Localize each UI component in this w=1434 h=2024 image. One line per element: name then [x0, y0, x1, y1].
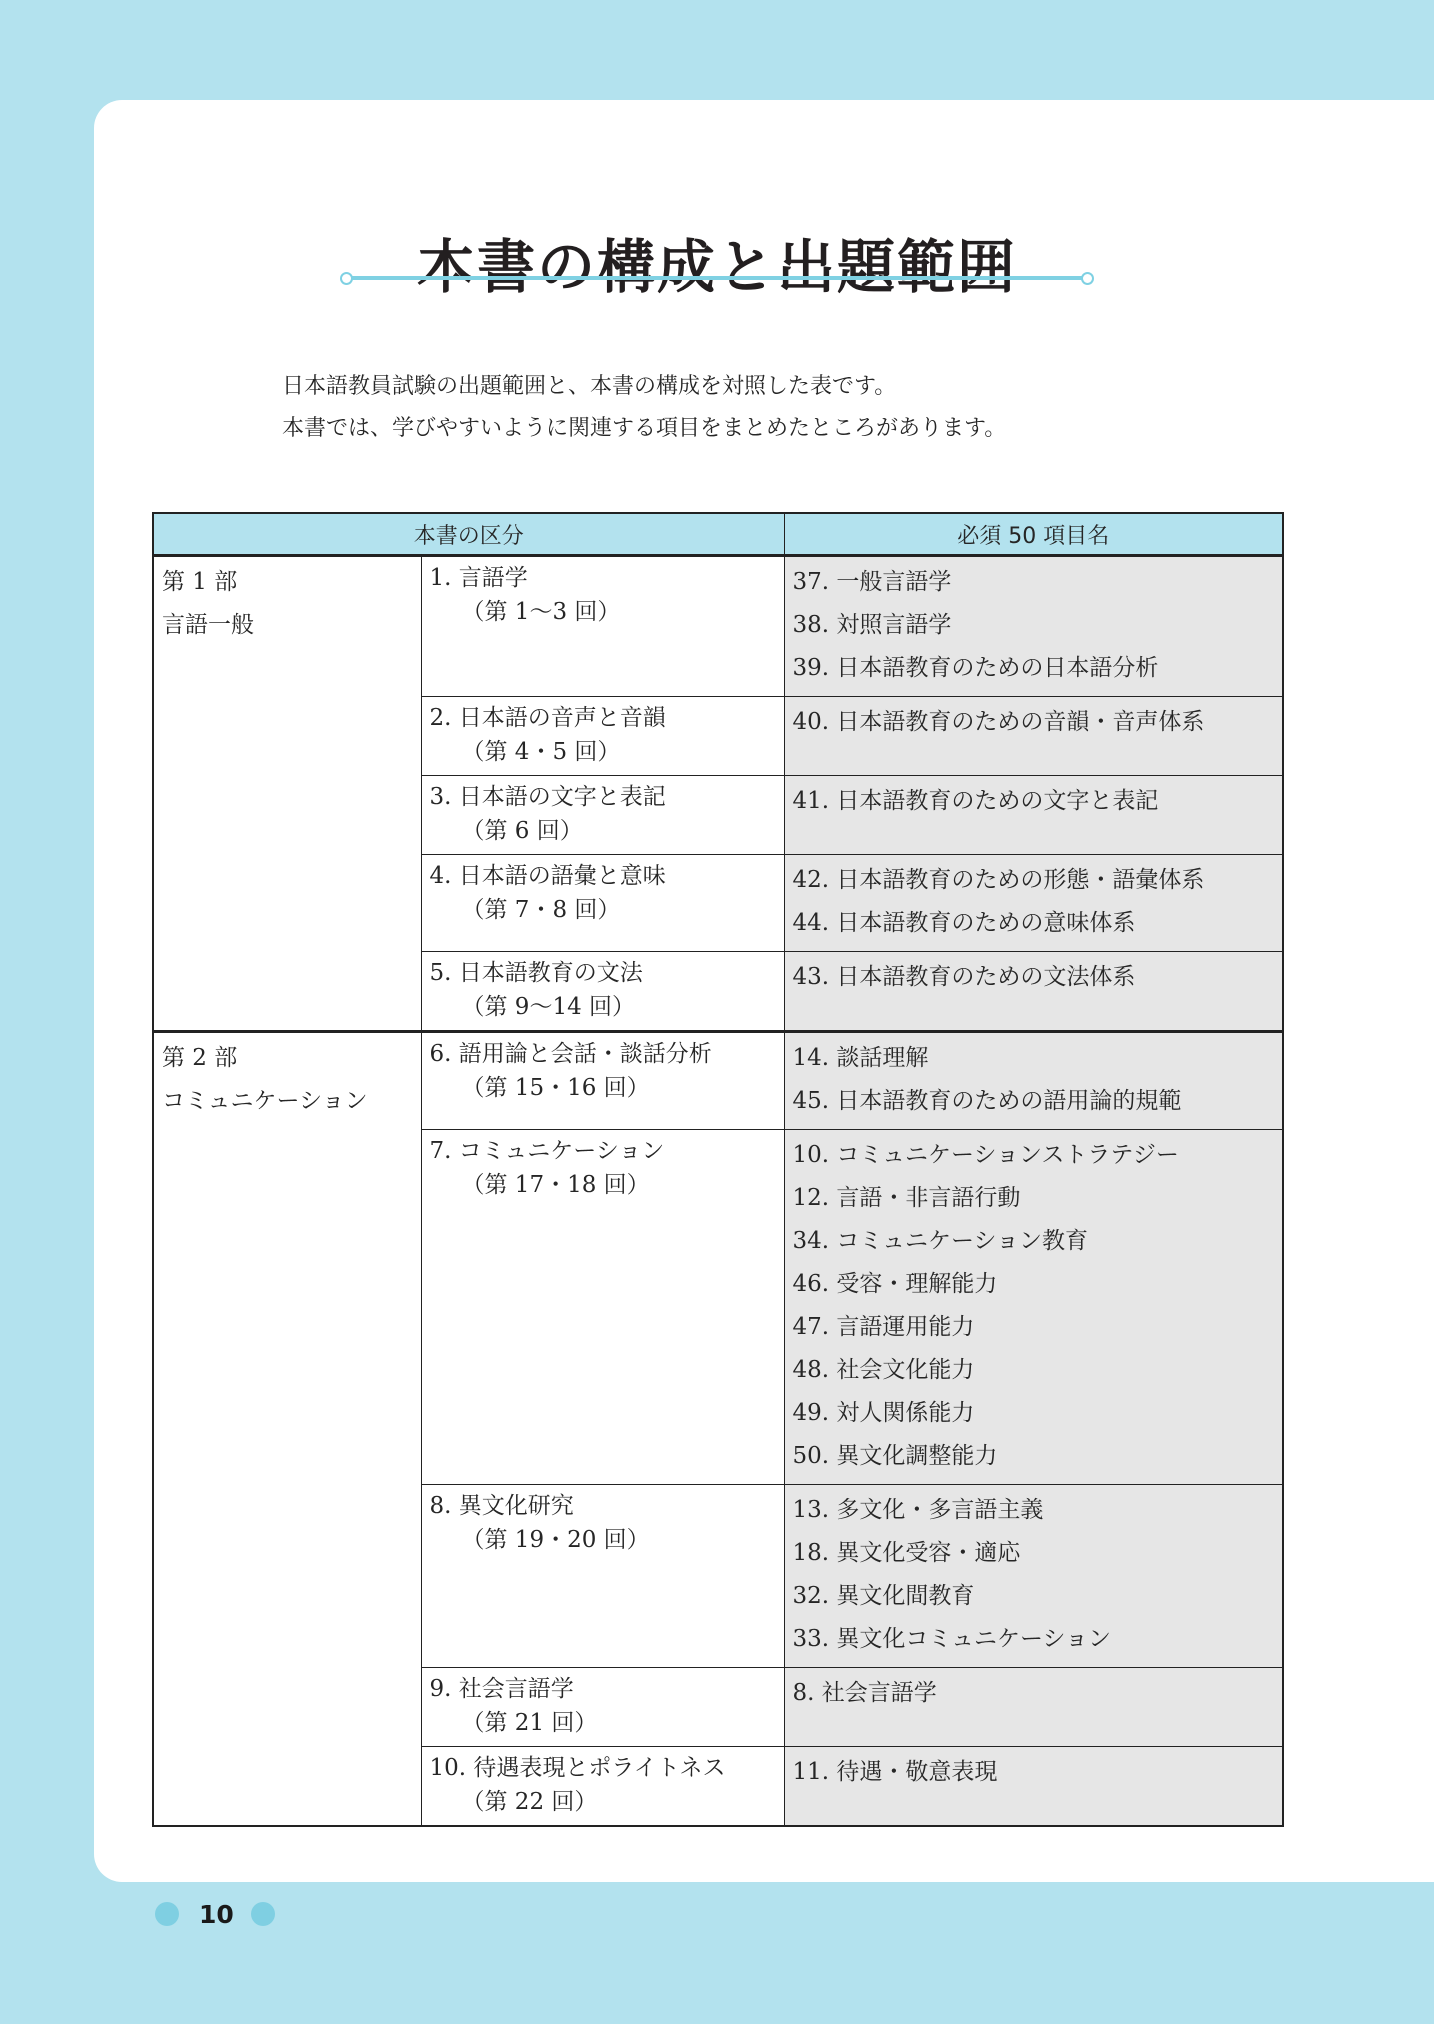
page-dot-right-icon — [251, 1902, 275, 1926]
section-title: 3. 日本語の文字と表記 — [430, 780, 776, 814]
section-sessions: （第 1〜3 回） — [430, 595, 776, 629]
section-sessions: （第 9〜14 回） — [430, 990, 776, 1024]
list-item: 18. 異文化受容・適応 — [793, 1532, 1275, 1575]
table-header-row: 本書の区分 必須 50 項目名 — [153, 513, 1283, 556]
scope-table: 本書の区分 必須 50 項目名 第 1 部 言語一般 1. 言語学 （第 1〜3… — [152, 512, 1284, 1827]
list-item: 41. 日本語教育のための文字と表記 — [793, 780, 1275, 823]
section-cell: 2. 日本語の音声と音韻 （第 4・5 回） — [421, 697, 784, 776]
items-cell: 43. 日本語教育のための文法体系 — [784, 952, 1283, 1032]
section-title: 4. 日本語の語彙と意味 — [430, 859, 776, 893]
list-item: 13. 多文化・多言語主義 — [793, 1489, 1275, 1532]
items-cell: 42. 日本語教育のための形態・語彙体系 44. 日本語教育のための意味体系 — [784, 855, 1283, 952]
section-title: 2. 日本語の音声と音韻 — [430, 701, 776, 735]
list-item: 40. 日本語教育のための音韻・音声体系 — [793, 701, 1275, 744]
section-sessions: （第 4・5 回） — [430, 735, 776, 769]
section-title: 1. 言語学 — [430, 561, 776, 595]
page-number: 10 — [155, 1900, 275, 1928]
items-cell: 10. コミュニケーションストラテジー 12. 言語・非言語行動 34. コミュ… — [784, 1130, 1283, 1485]
list-item: 44. 日本語教育のための意味体系 — [793, 902, 1275, 945]
section-title: 6. 語用論と会話・談話分析 — [430, 1037, 776, 1071]
items-cell: 41. 日本語教育のための文字と表記 — [784, 776, 1283, 855]
list-item: 8. 社会言語学 — [793, 1672, 1275, 1715]
intro-line: 本書では、学びやすいように関連する項目をまとめたところがあります。 — [282, 408, 1006, 450]
section-sessions: （第 22 回） — [430, 1785, 776, 1819]
section-title: 9. 社会言語学 — [430, 1672, 776, 1706]
part-name: 言語一般 — [162, 604, 413, 647]
part-number: 第 2 部 — [162, 1037, 413, 1080]
underline-end-left-icon — [340, 272, 353, 285]
section-title: 8. 異文化研究 — [430, 1489, 776, 1523]
section-cell: 1. 言語学 （第 1〜3 回） — [421, 556, 784, 697]
list-item: 46. 受容・理解能力 — [793, 1263, 1275, 1306]
section-cell: 10. 待遇表現とポライトネス （第 22 回） — [421, 1747, 784, 1827]
part-name: コミュニケーション — [162, 1080, 413, 1123]
list-item: 12. 言語・非言語行動 — [793, 1177, 1275, 1220]
section-cell: 4. 日本語の語彙と意味 （第 7・8 回） — [421, 855, 784, 952]
page-dot-left-icon — [155, 1902, 179, 1926]
section-title: 5. 日本語教育の文法 — [430, 956, 776, 990]
page-number-text: 10 — [199, 1900, 234, 1929]
section-title: 7. コミュニケーション — [430, 1134, 776, 1168]
section-cell: 8. 異文化研究 （第 19・20 回） — [421, 1485, 784, 1668]
list-item: 39. 日本語教育のための日本語分析 — [793, 647, 1275, 690]
list-item: 33. 異文化コミュニケーション — [793, 1618, 1275, 1661]
items-cell: 13. 多文化・多言語主義 18. 異文化受容・適応 32. 異文化間教育 33… — [784, 1485, 1283, 1668]
section-sessions: （第 17・18 回） — [430, 1168, 776, 1202]
intro-text: 日本語教員試験の出題範囲と、本書の構成を対照した表です。 本書では、学びやすいよ… — [282, 366, 1006, 450]
section-cell: 6. 語用論と会話・談話分析 （第 15・16 回） — [421, 1032, 784, 1130]
list-item: 11. 待遇・敬意表現 — [793, 1751, 1275, 1794]
section-sessions: （第 6 回） — [430, 814, 776, 848]
page-title: 本書の構成と出題範囲 — [0, 227, 1434, 307]
section-sessions: （第 7・8 回） — [430, 893, 776, 927]
part-cell: 第 2 部 コミュニケーション — [153, 1032, 421, 1827]
section-sessions: （第 15・16 回） — [430, 1071, 776, 1105]
section-cell: 7. コミュニケーション （第 17・18 回） — [421, 1130, 784, 1485]
items-cell: 37. 一般言語学 38. 対照言語学 39. 日本語教育のための日本語分析 — [784, 556, 1283, 697]
table-row: 第 2 部 コミュニケーション 6. 語用論と会話・談話分析 （第 15・16 … — [153, 1032, 1283, 1130]
list-item: 49. 対人関係能力 — [793, 1392, 1275, 1435]
list-item: 38. 対照言語学 — [793, 604, 1275, 647]
table-row: 第 1 部 言語一般 1. 言語学 （第 1〜3 回） 37. 一般言語学 38… — [153, 556, 1283, 697]
section-cell: 5. 日本語教育の文法 （第 9〜14 回） — [421, 952, 784, 1032]
items-cell: 14. 談話理解 45. 日本語教育のための語用論的規範 — [784, 1032, 1283, 1130]
list-item: 42. 日本語教育のための形態・語彙体系 — [793, 859, 1275, 902]
section-title: 10. 待遇表現とポライトネス — [430, 1751, 776, 1785]
items-cell: 11. 待遇・敬意表現 — [784, 1747, 1283, 1827]
part-number: 第 1 部 — [162, 561, 413, 604]
list-item: 37. 一般言語学 — [793, 561, 1275, 604]
title-underline — [342, 274, 1092, 282]
section-sessions: （第 19・20 回） — [430, 1523, 776, 1557]
items-cell: 40. 日本語教育のための音韻・音声体系 — [784, 697, 1283, 776]
list-item: 45. 日本語教育のための語用論的規範 — [793, 1080, 1275, 1123]
underline-bar — [350, 276, 1084, 280]
list-item: 14. 談話理解 — [793, 1037, 1275, 1080]
section-cell: 3. 日本語の文字と表記 （第 6 回） — [421, 776, 784, 855]
items-cell: 8. 社会言語学 — [784, 1668, 1283, 1747]
header-required-items: 必須 50 項目名 — [784, 513, 1283, 556]
list-item: 50. 異文化調整能力 — [793, 1435, 1275, 1478]
list-item: 34. コミュニケーション教育 — [793, 1220, 1275, 1263]
part-cell: 第 1 部 言語一般 — [153, 556, 421, 1032]
list-item: 10. コミュニケーションストラテジー — [793, 1134, 1275, 1177]
list-item: 32. 異文化間教育 — [793, 1575, 1275, 1618]
list-item: 48. 社会文化能力 — [793, 1349, 1275, 1392]
section-sessions: （第 21 回） — [430, 1706, 776, 1740]
intro-line: 日本語教員試験の出題範囲と、本書の構成を対照した表です。 — [282, 366, 1006, 408]
list-item: 47. 言語運用能力 — [793, 1306, 1275, 1349]
underline-end-right-icon — [1081, 272, 1094, 285]
section-cell: 9. 社会言語学 （第 21 回） — [421, 1668, 784, 1747]
list-item: 43. 日本語教育のための文法体系 — [793, 956, 1275, 999]
header-book-division: 本書の区分 — [153, 513, 784, 556]
